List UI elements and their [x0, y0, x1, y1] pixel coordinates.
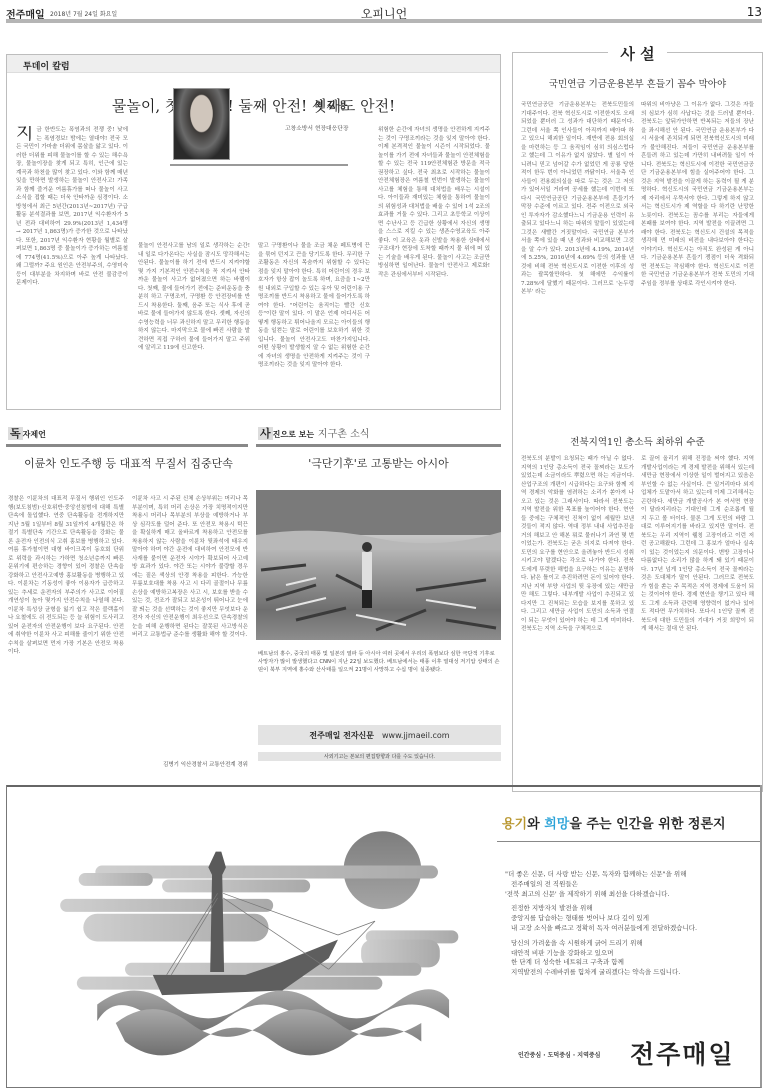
- world-photo-header: 사진으로 보는 지구촌 소식: [256, 425, 501, 447]
- ad-logo: 전주매일: [630, 1035, 735, 1071]
- page-number: 13: [747, 5, 762, 19]
- ad-copy: "더 좋은 신문, 더 사랑 받는 신문, 독자와 함께하는 신문"을 위해 전…: [505, 870, 697, 978]
- editorial-2-col2: 로 끌어 올리기 위해 진정을 써야 했다. 지역 개발사업이라는 게 경제 발…: [641, 455, 754, 755]
- world-photo-title: '극단기후'로 고통받는 아시아: [256, 455, 501, 471]
- byline-rule: [170, 164, 348, 166]
- today-column-col3: 말고 구명환이나 물을 조금 채운 페트병에 끈을 묶어 던지고 끈을 당기도록…: [258, 242, 370, 407]
- reader-opinion-header: 독자제언: [6, 425, 248, 447]
- today-column-title: 물놀이, 첫째 안전! 둘째 안전! 셋째도 안전!: [7, 95, 500, 116]
- editorial-title-1: 국민연금 기금운용본부 흔들기 꼼수 막아야: [513, 76, 762, 90]
- author-photo: [173, 88, 230, 160]
- editorial-1-col1: 국민연금공단 기금운용본부는 전북도민들의 기대주이다. 전북 혁신도시로 이전…: [521, 101, 634, 397]
- today-column-col4: 위험한 순간에 자녀의 생명을 안전하게 지켜주는 것이 구명조끼라는 것을 잊…: [378, 126, 490, 408]
- reader-opinion-col1: 경찰은 이륜차의 대표적 무질서 행위인 인도주행(보도침범)·신호위반·중앙선…: [8, 495, 124, 770]
- ad-headline: 용기와 희망을 주는 인간을 위한 정론지: [502, 813, 726, 832]
- ad-headline-rule: [497, 841, 760, 842]
- today-column-col2: 물놀이 안전사고를 남의 일로 생각하는 순간! 내 일로 다가온다는 사실을 …: [138, 242, 250, 407]
- reader-opinion-signature: 김병기 익산경찰서 교통안전계 경위: [132, 760, 248, 768]
- e-paper-banner[interactable]: 전주매일 전자신문www.jjmaeil.com: [258, 725, 501, 745]
- header-rule: [6, 19, 762, 23]
- reader-opinion-col2: 이륜차 사고 시 주된 신체 손상부위는 머리나 목 부분이며, 특히 머리 손…: [132, 495, 248, 757]
- today-column-label: 투데이 칼럼: [7, 55, 500, 73]
- today-column-col1: 지 금 한반도는 폭염과의 전쟁 중! 낮에는 폭염경보! 밤에는 열대야! 전…: [16, 126, 128, 408]
- e-paper-label: 전주매일 전자신문: [309, 731, 374, 740]
- flood-photo: [256, 490, 501, 640]
- ship-illustration: [30, 810, 470, 1060]
- editorial-2-col1: 전북도의 분발이 요청되는 때가 아닐 수 없다. 지역의 1인당 총소득이 전…: [521, 455, 634, 755]
- dropcap: 지: [16, 126, 33, 142]
- flood-debris-image: [256, 490, 501, 640]
- author-name: 최 길 용: [315, 98, 347, 111]
- ad-tagline: 인간중심 · 도덕중심 · 지역중심: [518, 1050, 600, 1059]
- editorial-title-2: 전북지역1인 총소득 최하위 수준: [513, 434, 762, 448]
- world-photo-caption: 베트남의 홍수, 중국의 태풍 및 일본의 열파 등 아시아 여러 곳에서 우리…: [258, 650, 501, 674]
- reader-opinion-title: 이륜차 인도주행 등 대표적 무질서 집중단속: [6, 455, 251, 471]
- editorial-1-col2: 따위의 비아냥은 그 이유가 없다. 그것은 자들의 심보가 심히 사납다는 것…: [641, 101, 754, 397]
- pen-ship-icon: [30, 810, 470, 1060]
- editorial-label: 사 설: [608, 45, 666, 63]
- author-role: 고창소방서 현장대응단장: [285, 123, 348, 132]
- contribution-notice: 사외기고는 본보의 편집방향과 다를 수도 있습니다.: [258, 752, 501, 761]
- e-paper-url[interactable]: www.jjmaeil.com: [382, 731, 450, 740]
